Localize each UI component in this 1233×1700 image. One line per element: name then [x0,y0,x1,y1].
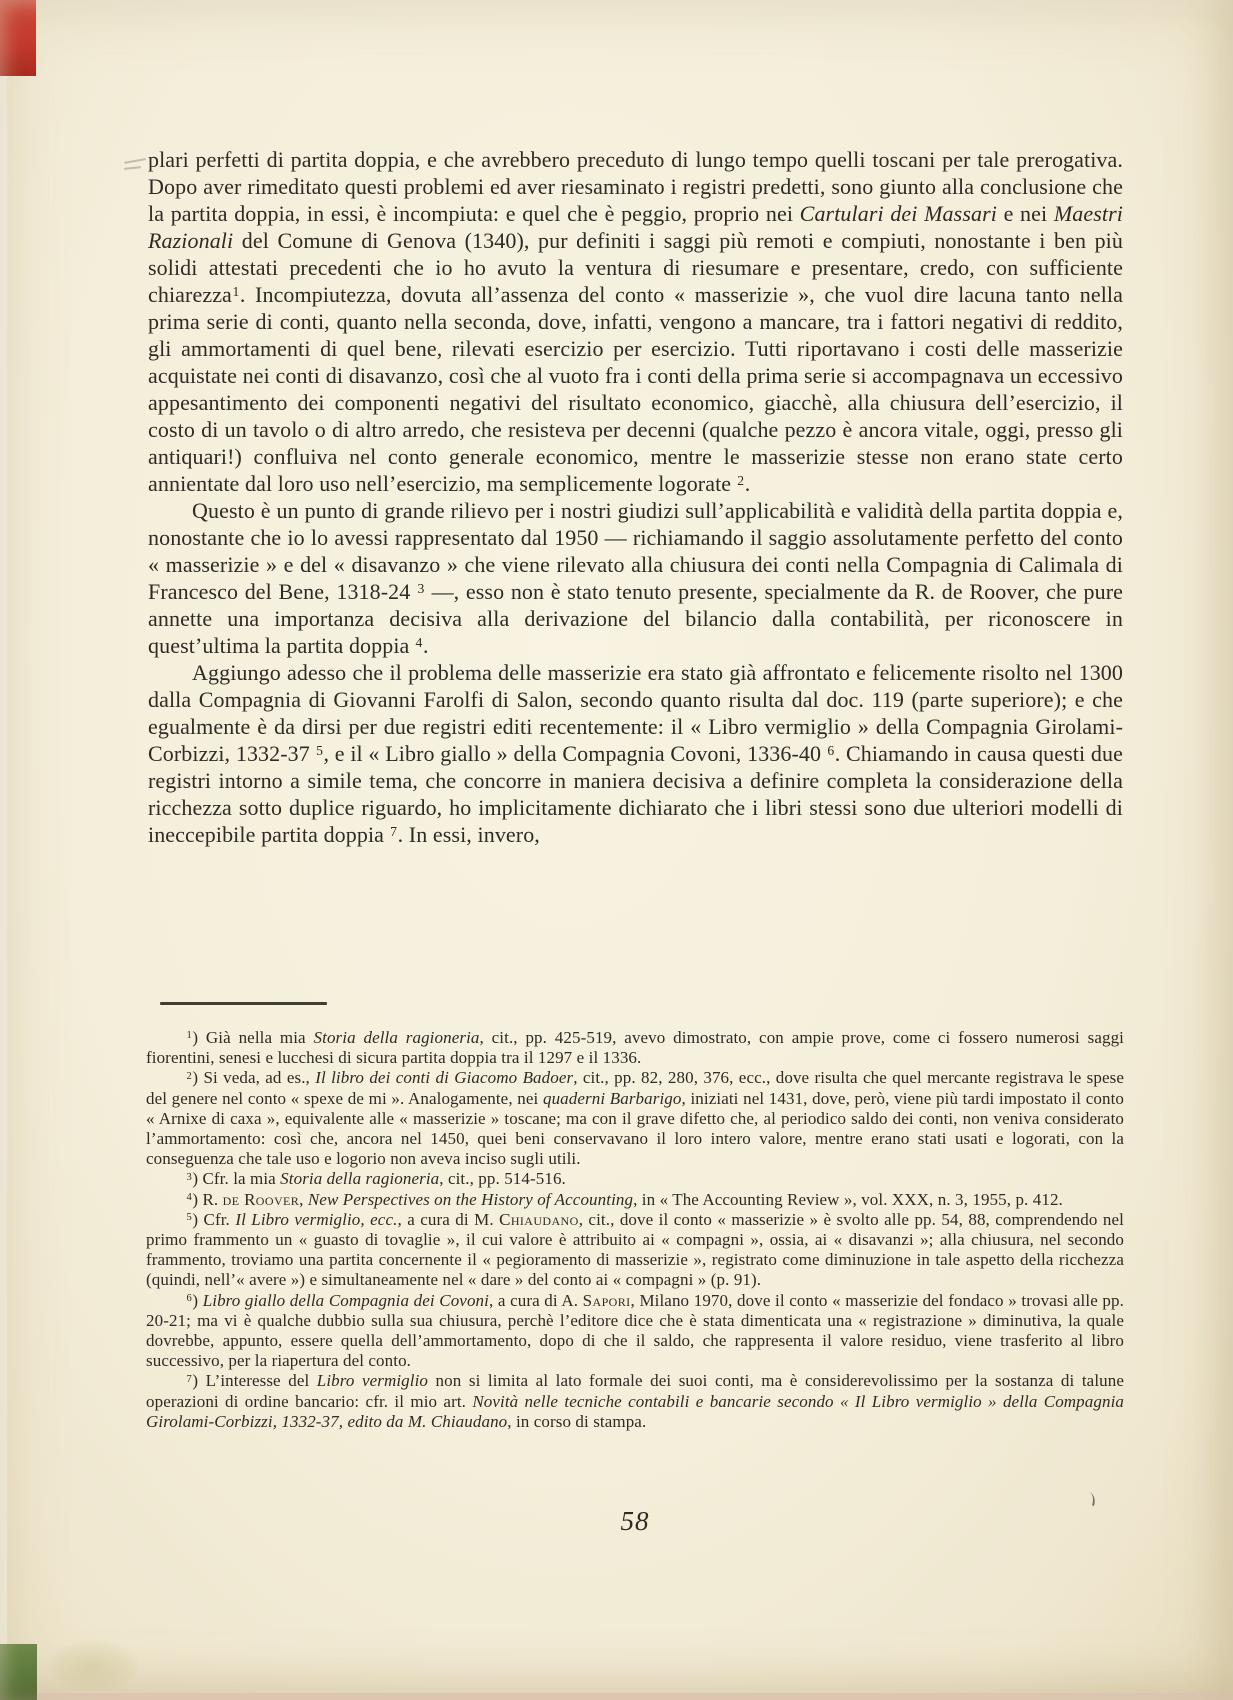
red-corner-mark [0,0,36,76]
paragraph-1: plari perfetti di partita doppia, e che … [148,146,1123,497]
text-segment: Chiaudano [499,1210,579,1229]
footnote-reference: 2 [186,1071,192,1082]
text-segment: , in « The Accounting Review », vol. XXX… [633,1190,1063,1209]
footnote-reference: 3 [186,1172,192,1183]
text-segment: Storia della ragioneria [280,1169,439,1188]
text-segment: Cartulari dei Massari [800,201,997,226]
footnote-reference: 2 [737,473,745,488]
footnote-separator-rule [160,1002,327,1005]
footnote-reference: 5 [186,1212,192,1223]
footnote-reference: 7 [186,1374,192,1385]
footnote-reference: 3 [417,581,425,596]
footnote-reference: 6 [827,743,835,758]
footnote-reference: 5 [316,743,324,758]
text-segment: Sapori [583,1291,631,1310]
footnote-7: 7) L’interesse del Libro vermiglio non s… [146,1371,1124,1432]
green-corner-mark [0,1644,37,1700]
text-segment: Libro giallo della Compagnia dei Covoni [203,1291,489,1310]
text-segment: , [299,1190,308,1209]
text-segment: New Perspectives on the History of Accou… [308,1190,633,1209]
text-segment: , e il « Libro giallo » della Compagnia … [323,741,826,766]
text-segment: Libro vermiglio [317,1371,428,1390]
footnote-1: 1) Già nella mia Storia della ragioneria… [146,1028,1124,1068]
scan-left-edge [0,0,7,1700]
footnotes-section: 1) Già nella mia Storia della ragioneria… [146,1028,1124,1432]
text-segment: . [745,471,751,496]
book-page-scan: plari perfetti di partita doppia, e che … [0,0,1233,1700]
text-segment: quaderni Barbarigo [543,1089,682,1108]
text-segment: , a cura di M. [397,1210,499,1229]
paragraph-2: Questo è un punto di grande rilievo per … [148,497,1123,659]
main-text-block: plari perfetti di partita doppia, e che … [148,146,1123,848]
footnote-reference: 4 [415,635,423,650]
text-segment: , in corso di stampa. [507,1412,646,1431]
text-segment: Il Libro vermiglio, ecc. [235,1210,397,1229]
paper-stain [48,1640,138,1692]
pencil-mark [124,157,150,175]
text-segment: e nei [997,201,1054,226]
footnote-6: 6) Libro giallo della Compagnia dei Covo… [146,1291,1124,1372]
footnote-reference: 1 [232,284,240,299]
text-segment: . In essi, invero, [398,822,540,847]
text-segment: ) Già nella mia [192,1028,313,1047]
footnote-3: 3) Cfr. la mia Storia della ragioneria, … [146,1169,1124,1189]
footnote-5: 5) Cfr. Il Libro vermiglio, ecc., a cura… [146,1210,1124,1291]
text-segment: . Incompiutezza, dovuta all’assenza del … [148,282,1123,496]
ink-speck [1085,1492,1097,1506]
text-segment: ) Si veda, ad es., [192,1068,315,1087]
footnote-reference: 4 [186,1192,192,1203]
text-segment: ) R. [192,1190,222,1209]
paragraph-3: Aggiungo adesso che il problema delle ma… [148,659,1123,848]
page-number: 58 [146,1506,1124,1537]
text-segment: . [423,633,429,658]
footnote-2: 2) Si veda, ad es., Il libro dei conti d… [146,1068,1124,1169]
text-segment: ) Cfr. la mia [192,1169,280,1188]
scan-bottom-edge [0,1693,1233,1700]
text-segment: , cit., pp. 514-516. [439,1169,566,1188]
text-segment: ) L’interesse del [192,1371,316,1390]
text-segment: de Roover [223,1190,300,1209]
footnote-reference: 6 [186,1293,192,1304]
text-segment: ) [192,1291,202,1310]
text-segment: , a cura di A. [489,1291,583,1310]
text-segment: ) Cfr. [192,1210,235,1229]
text-segment: Il libro dei conti di Giacomo Badoer [315,1068,573,1087]
footnote-reference: 7 [390,824,398,839]
footnote-4: 4) R. de Roover, New Perspectives on the… [146,1190,1124,1210]
text-segment: Storia della ragioneria [314,1028,480,1047]
footnote-reference: 1 [186,1030,192,1041]
